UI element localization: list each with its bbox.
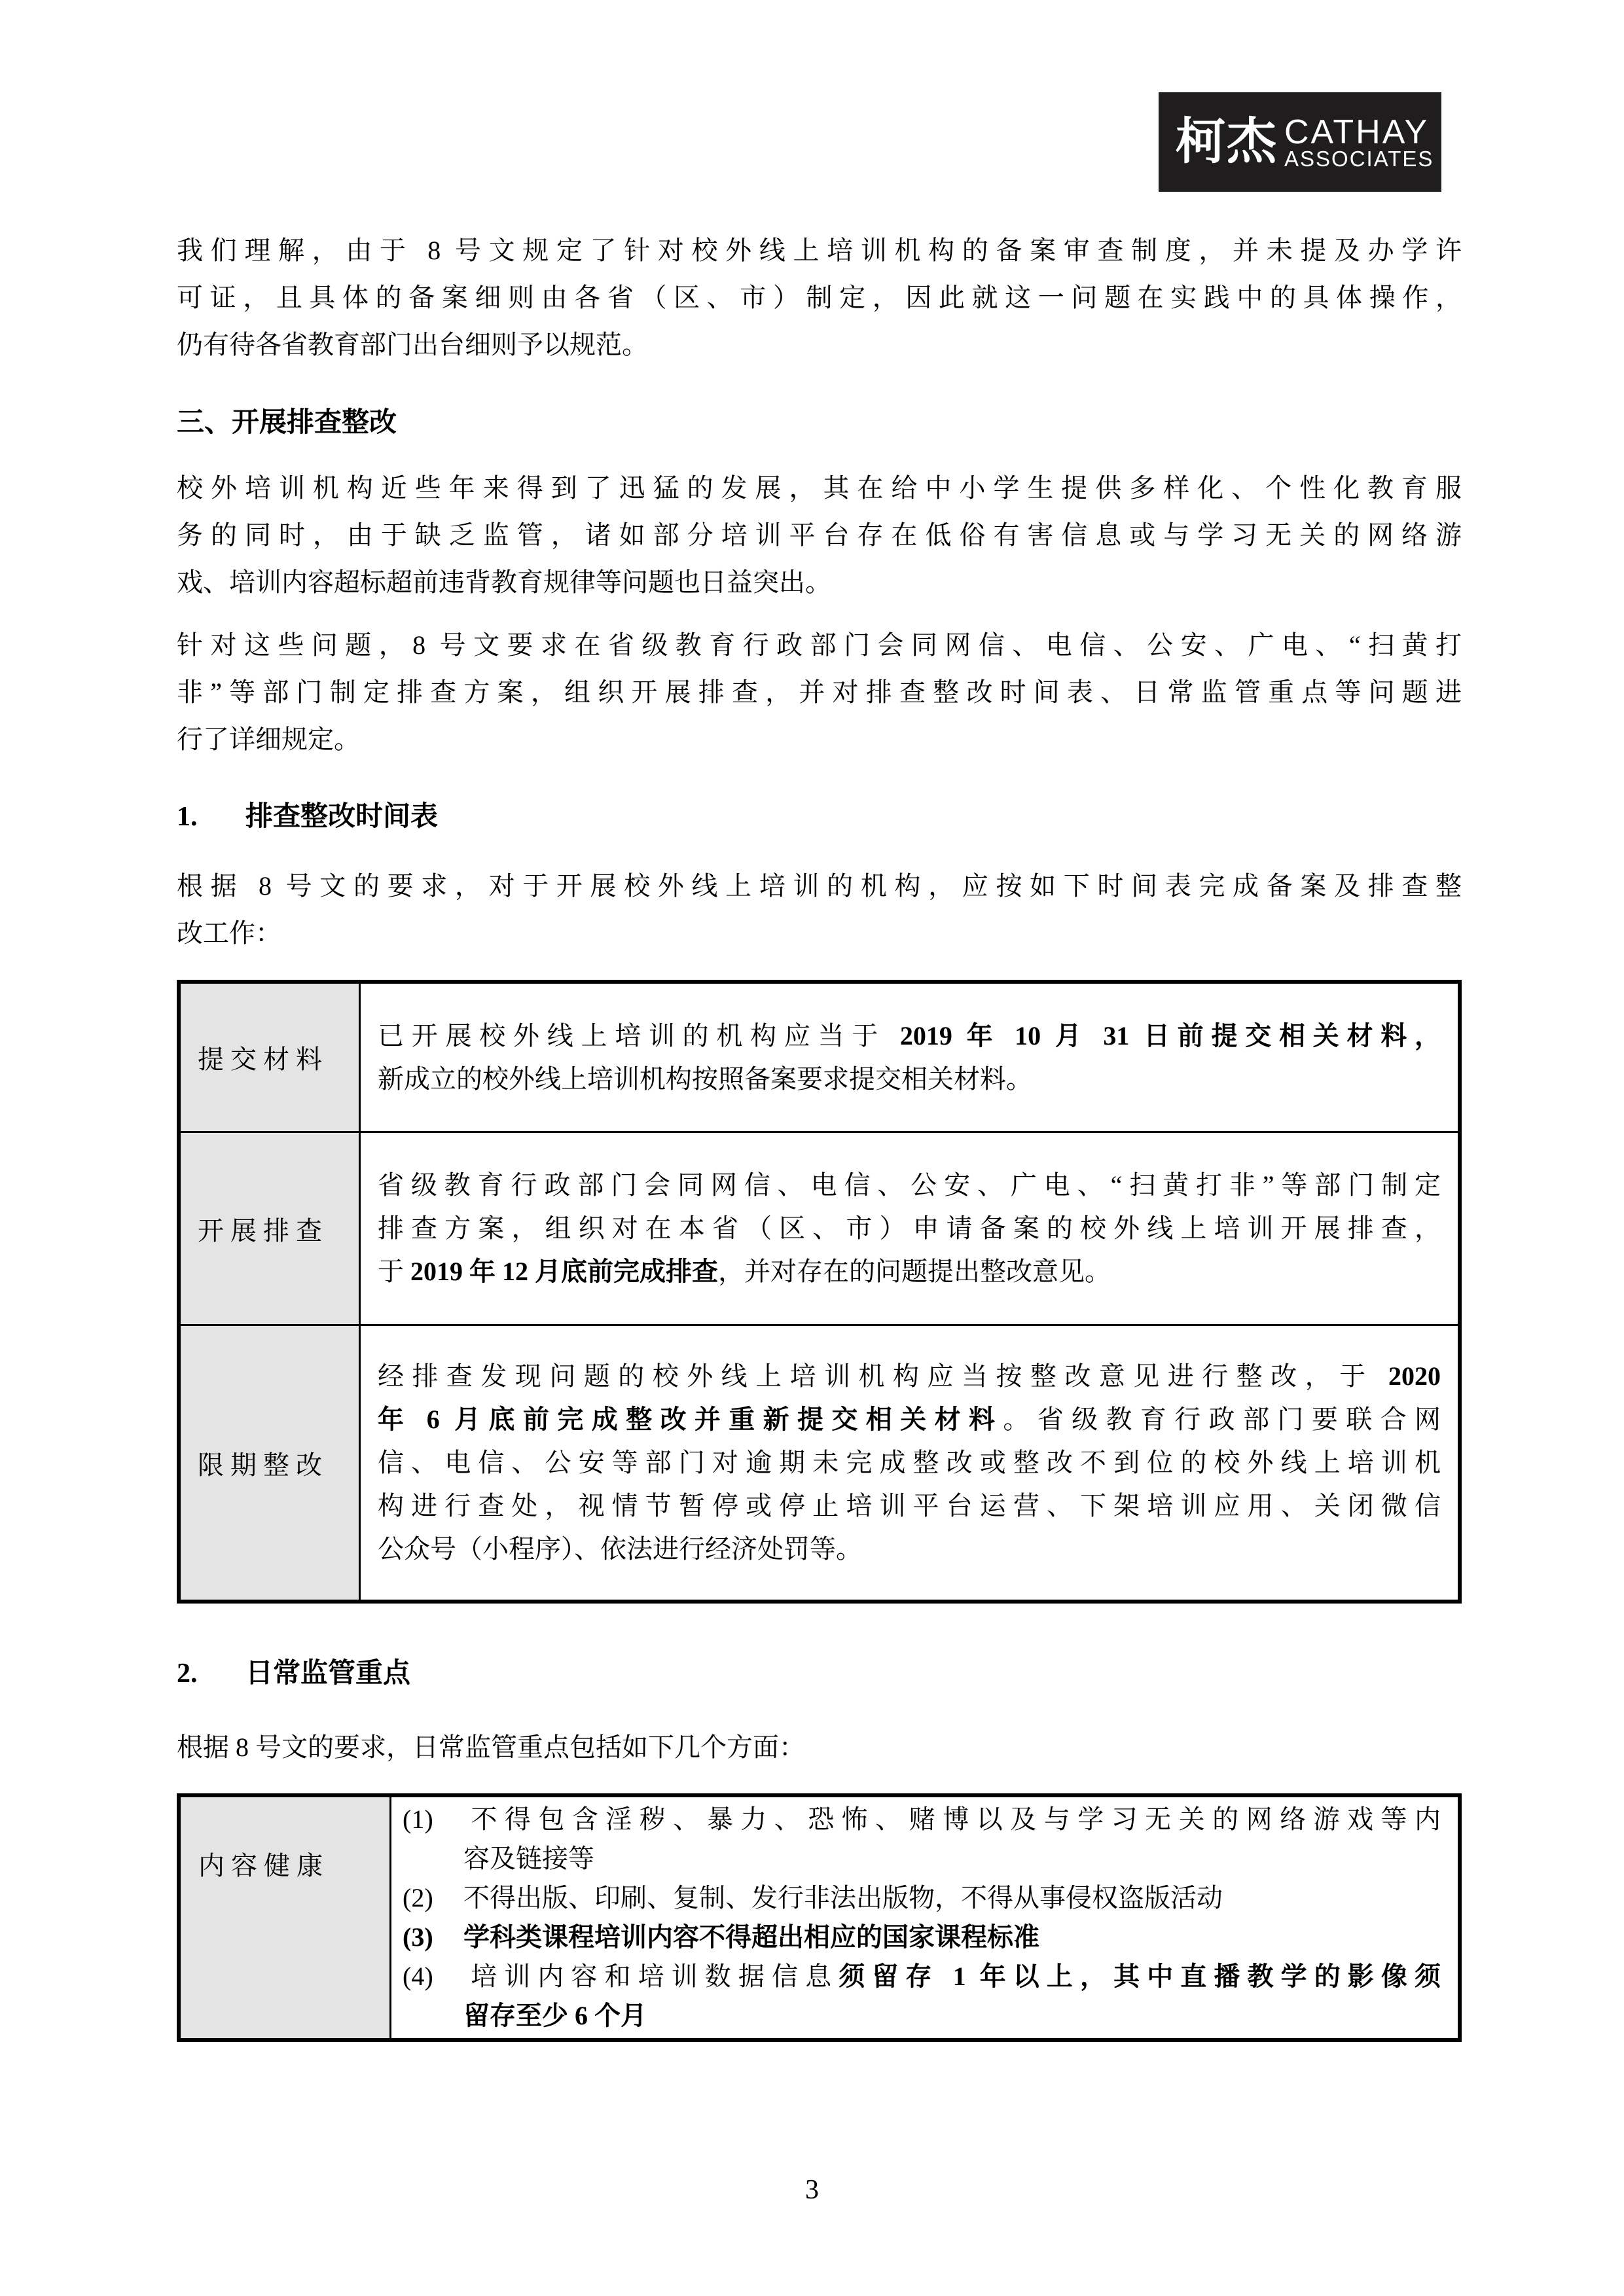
paragraph-background: 校外培训机构近些年来得到了迅猛的发展，其在给中小学生提供多样化、个性化教育服务的… <box>177 465 1462 606</box>
cathay-associates-logo: 柯杰 CATHAY ASSOCIATES <box>1159 92 1441 192</box>
text-line: (1)不得包含淫秽、暴力、恐怖、赌博以及与学习无关的网络游戏等内 <box>403 1800 1441 1839</box>
row-label-cell: 限期整改 <box>181 1326 361 1600</box>
bold-text-segment: 2019 年 10 月 31 日前提交相关材料， <box>900 1021 1441 1050</box>
text-segment: 排查方案，组织对在本省（区、市）申请备案的校外线上培训开展排查， <box>378 1213 1441 1243</box>
text-line: 构进行查处，视情节暂停或停止培训平台运营、下架培训应用、关闭微信 <box>378 1484 1441 1528</box>
row-label-cell: 提交材料 <box>181 984 361 1131</box>
text-segment: 务的同时，由于缺乏监管，诸如部分培训平台存在低俗有害信息或与学习无关的网络游 <box>177 520 1462 550</box>
text-segment: 容及链接等 <box>463 1844 594 1873</box>
bold-text-segment: 留存至少 6 个月 <box>463 2001 647 2030</box>
text-segment: ，并对存在的问题提出整改意见。 <box>718 1257 1111 1286</box>
text-line: 信、电信、公安等部门对逾期未完成整改或整改不到位的校外线上培训机 <box>378 1441 1441 1484</box>
text-line: 行了详细规定。 <box>177 716 1462 763</box>
text-line: 新成立的校外线上培训机构按照备案要求提交相关材料。 <box>378 1058 1441 1101</box>
document-page: 柯杰 CATHAY ASSOCIATES 我们理解，由于 8 号文规定了针对校外… <box>0 0 1624 2296</box>
logo-english-text: CATHAY ASSOCIATES <box>1284 117 1434 170</box>
text-line: 戏、培训内容超标超前违背教育规律等问题也日益突出。 <box>177 559 1462 606</box>
item-number: (4) <box>403 1957 463 1996</box>
text-segment: 培训内容和培训数据信息 <box>463 1962 839 1991</box>
item-number: (1) <box>403 1800 463 1839</box>
table-row-conduct-inspection: 开展排查 省级教育行政部门会同网信、电信、公安、广电、“扫黄打非”等部门制定排查… <box>181 1131 1458 1324</box>
row-content-cell: 已开展校外线上培训的机构应当于 2019 年 10 月 31 日前提交相关材料，… <box>361 984 1458 1131</box>
list-item-1: (1)不得包含淫秽、暴力、恐怖、赌博以及与学习无关的网络游戏等内容及链接等 <box>403 1800 1441 1878</box>
text-segment: 不得出版、印刷、复制、发行非法出版物，不得从事侵权盗版活动 <box>463 1883 1223 1912</box>
row-label-cell: 开展排查 <box>181 1133 361 1324</box>
text-line: 已开展校外线上培训的机构应当于 2019 年 10 月 31 日前提交相关材料， <box>378 1014 1441 1058</box>
row-content-cell: 省级教育行政部门会同网信、电信、公安、广电、“扫黄打非”等部门制定排查方案，组织… <box>361 1133 1458 1324</box>
bold-text-segment: 学科类课程培训内容不得超出相应的国家课程标准 <box>463 1922 1039 1952</box>
text-segment: 不得包含淫秽、暴力、恐怖、赌博以及与学习无关的网络游戏等内 <box>463 1804 1441 1834</box>
row-content-cell: (1)不得包含淫秽、暴力、恐怖、赌博以及与学习无关的网络游戏等内容及链接等 (2… <box>391 1797 1458 2038</box>
list-item-3: (3)学科类课程培训内容不得超出相应的国家课程标准 <box>403 1918 1441 1957</box>
row-label-cell: 内容健康 <box>181 1797 391 2038</box>
text-segment: 根据 8 号文的要求，日常监管重点包括如下几个方面： <box>177 1732 805 1762</box>
bold-text-segment: 年 6 月底前完成整改并重新提交相关材料 <box>378 1405 1003 1434</box>
text-line: (2)不得出版、印刷、复制、发行非法出版物，不得从事侵权盗版活动 <box>403 1878 1441 1918</box>
text-segment: 信、电信、公安等部门对逾期未完成整改或整改不到位的校外线上培训机 <box>378 1448 1441 1477</box>
text-segment: 经排查发现问题的校外线上培训机构应当按整改意见进行整改，于 <box>378 1361 1388 1391</box>
text-line: 仍有待各省教育部门出台细则予以规范。 <box>177 321 1462 368</box>
text-segment: 已开展校外线上培训的机构应当于 <box>378 1021 900 1050</box>
text-segment: 。省级教育行政部门要联合网 <box>1003 1405 1441 1434</box>
text-segment: 校外培训机构近些年来得到了迅猛的发展，其在给中小学生提供多样化、个性化教育服 <box>177 473 1462 503</box>
paragraph-schedule-intro: 根据 8 号文的要求，对于开展校外线上培训的机构，应按如下时间表完成备案及排查整… <box>177 863 1462 957</box>
bold-text-segment: 2019 年 12 月底前完成排查 <box>410 1257 718 1286</box>
row-content-cell: 经排查发现问题的校外线上培训机构应当按整改意见进行整改，于 2020年 6 月底… <box>361 1326 1458 1600</box>
heading-number: 2. <box>177 1655 245 1692</box>
text-segment: 仍有待各省教育部门出台细则予以规范。 <box>177 330 648 359</box>
text-line: 于 2019 年 12 月底前完成排查，并对存在的问题提出整改意见。 <box>378 1250 1441 1293</box>
page-number: 3 <box>0 2174 1624 2206</box>
heading-text: 排查整改时间表 <box>245 802 438 832</box>
heading-text: 日常监管重点 <box>245 1659 410 1689</box>
text-line: 经排查发现问题的校外线上培训机构应当按整改意见进行整改，于 2020 <box>378 1355 1441 1398</box>
text-line: 校外培训机构近些年来得到了迅猛的发展，其在给中小学生提供多样化、个性化教育服 <box>177 465 1462 512</box>
numbered-heading-schedule: 1.排查整改时间表 <box>177 798 1462 835</box>
text-line: 根据 8 号文的要求，对于开展校外线上培训的机构，应按如下时间表完成备案及排查整 <box>177 863 1462 910</box>
logo-associates-label: ASSOCIATES <box>1284 148 1434 170</box>
text-line: (3)学科类课程培训内容不得超出相应的国家课程标准 <box>403 1918 1441 1957</box>
text-line: 针对这些问题，8 号文要求在省级教育行政部门会同网信、电信、公安、广电、“扫黄打 <box>177 622 1462 669</box>
text-segment: 我们理解，由于 8 号文规定了针对校外线上培训机构的备案审查制度，并未提及办学许 <box>177 236 1462 265</box>
text-segment: 戏、培训内容超标超前违背教育规律等问题也日益突出。 <box>177 567 831 597</box>
schedule-table: 提交材料 已开展校外线上培训的机构应当于 2019 年 10 月 31 日前提交… <box>177 980 1462 1604</box>
text-line: 容及链接等 <box>403 1839 1441 1878</box>
supervision-table: 内容健康 (1)不得包含淫秽、暴力、恐怖、赌博以及与学习无关的网络游戏等内容及链… <box>177 1793 1462 2042</box>
paragraph-intro: 我们理解，由于 8 号文规定了针对校外线上培训机构的备案审查制度，并未提及办学许… <box>177 227 1462 368</box>
text-line: 公众号（小程序）、依法进行经济处罚等。 <box>378 1528 1441 1571</box>
text-line: 留存至少 6 个月 <box>403 1996 1441 2036</box>
paragraph-supervision-intro: 根据 8 号文的要求，日常监管重点包括如下几个方面： <box>177 1724 1462 1771</box>
text-segment: 针对这些问题，8 号文要求在省级教育行政部门会同网信、电信、公安、广电、“扫黄打 <box>177 630 1462 660</box>
text-line: 非”等部门制定排查方案，组织开展排查，并对排查整改时间表、日常监管重点等问题进 <box>177 669 1462 716</box>
text-line: 可证，且具体的备案细则由各省（区、市）制定，因此就这一问题在实践中的具体操作， <box>177 274 1462 321</box>
list-item-4: (4)培训内容和培训数据信息须留存 1 年以上，其中直播教学的影像须留存至少 6… <box>403 1957 1441 2036</box>
list-item-2: (2)不得出版、印刷、复制、发行非法出版物，不得从事侵权盗版活动 <box>403 1878 1441 1918</box>
text-segment: 根据 8 号文的要求，对于开展校外线上培训的机构，应按如下时间表完成备案及排查整 <box>177 871 1462 901</box>
text-segment: 可证，且具体的备案细则由各省（区、市）制定，因此就这一问题在实践中的具体操作， <box>177 283 1462 312</box>
text-line: 我们理解，由于 8 号文规定了针对校外线上培训机构的备案审查制度，并未提及办学许 <box>177 227 1462 274</box>
item-number: (2) <box>403 1878 463 1918</box>
heading-number: 1. <box>177 798 245 835</box>
paragraph-requirements: 针对这些问题，8 号文要求在省级教育行政部门会同网信、电信、公安、广电、“扫黄打… <box>177 622 1462 763</box>
text-segment: 于 <box>378 1257 410 1286</box>
text-line: 省级教育行政部门会同网信、电信、公安、广电、“扫黄打非”等部门制定 <box>378 1164 1441 1207</box>
text-segment: 改工作： <box>177 918 281 948</box>
text-line: 务的同时，由于缺乏监管，诸如部分培训平台存在低俗有害信息或与学习无关的网络游 <box>177 512 1462 559</box>
bold-text-segment: 2020 <box>1388 1361 1441 1391</box>
text-line: 年 6 月底前完成整改并重新提交相关材料。省级教育行政部门要联合网 <box>378 1398 1441 1441</box>
numbered-heading-supervision: 2.日常监管重点 <box>177 1655 1462 1692</box>
document-body: 我们理解，由于 8 号文规定了针对校外线上培训机构的备案审查制度，并未提及办学许… <box>177 227 1462 2042</box>
logo-cathay-label: CATHAY <box>1284 117 1434 148</box>
text-segment: 公众号（小程序）、依法进行经济处罚等。 <box>378 1534 862 1564</box>
text-line: 排查方案，组织对在本省（区、市）申请备案的校外线上培训开展排查， <box>378 1207 1441 1250</box>
text-line: 根据 8 号文的要求，日常监管重点包括如下几个方面： <box>177 1724 1462 1771</box>
logo-chinese-text: 柯杰 <box>1176 117 1278 167</box>
table-row-submit-materials: 提交材料 已开展校外线上培训的机构应当于 2019 年 10 月 31 日前提交… <box>181 984 1458 1131</box>
text-line: 改工作： <box>177 910 1462 957</box>
item-number: (3) <box>403 1918 463 1957</box>
text-segment: 构进行查处，视情节暂停或停止培训平台运营、下架培训应用、关闭微信 <box>378 1491 1441 1520</box>
text-segment: 新成立的校外线上培训机构按照备案要求提交相关材料。 <box>378 1064 1032 1094</box>
text-line: (4)培训内容和培训数据信息须留存 1 年以上，其中直播教学的影像须 <box>403 1957 1441 1996</box>
table-row-rectification-deadline: 限期整改 经排查发现问题的校外线上培训机构应当按整改意见进行整改，于 2020年… <box>181 1324 1458 1600</box>
text-segment: 非”等部门制定排查方案，组织开展排查，并对排查整改时间表、日常监管重点等问题进 <box>177 677 1462 707</box>
text-segment: 行了详细规定。 <box>177 725 360 754</box>
bold-text-segment: 须留存 1 年以上，其中直播教学的影像须 <box>839 1962 1441 1991</box>
section-heading: 三、开展排查整改 <box>177 404 1462 441</box>
text-segment: 省级教育行政部门会同网信、电信、公安、广电、“扫黄打非”等部门制定 <box>378 1170 1441 1200</box>
